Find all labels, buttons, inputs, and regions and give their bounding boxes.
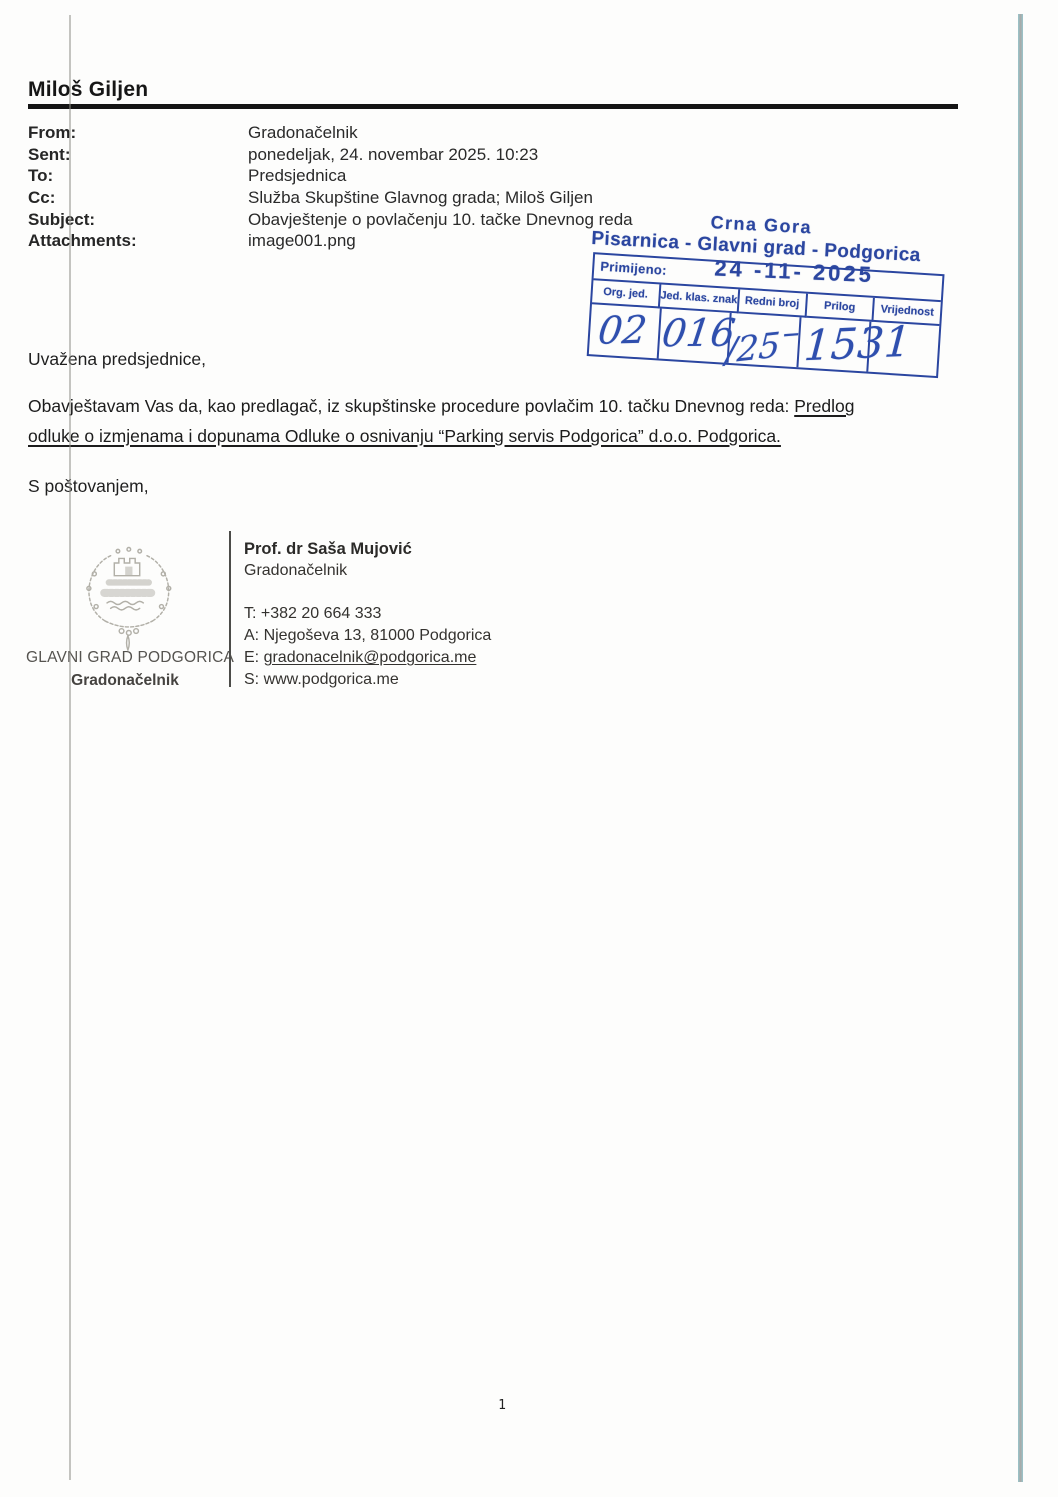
closing: S poštovanjem, (28, 476, 149, 497)
org-title: Gradonačelnik (26, 672, 224, 690)
page-title: Miloš Giljen (28, 78, 148, 102)
salutation: Uvažena predsjednice, (28, 349, 206, 370)
handwritten-number: 1531 (803, 317, 913, 371)
handwritten-redni-broj: /25 (724, 325, 781, 372)
header-field-to: To: Predsjednica (28, 165, 788, 187)
paragraph-line-1: Obavještavam Vas da, kao predlagač, iz s… (28, 391, 944, 421)
field-label: To: (28, 165, 248, 187)
stamp-cell: 02 (589, 304, 662, 358)
field-value: Gradonačelnik (248, 122, 358, 144)
podgorica-coat-of-arms (72, 543, 182, 661)
stamp-cell: /25 – (729, 313, 802, 367)
field-label: Cc: (28, 187, 248, 209)
heading-rule (28, 104, 958, 109)
field-value: Predsjednica (248, 165, 346, 187)
field-label: Attachments: (28, 230, 248, 252)
org-block: GLAVNI GRAD PODGORICA Gradonačelnik (26, 649, 224, 690)
sender-title: Gradonačelnik (244, 560, 491, 582)
header-field-cc: Cc: Služba Skupštine Glavnog grada; Milo… (28, 187, 788, 209)
contact-website: S: www.podgorica.me (244, 669, 491, 691)
signature-contact-block: Prof. dr Saša Mujović Gradonačelnik T: +… (244, 538, 491, 691)
sender-name: Prof. dr Saša Mujović (244, 538, 491, 560)
scan-artifact-line-left (69, 15, 71, 1480)
contact-address: A: Njegoševa 13, 81000 Podgorica (244, 625, 491, 647)
field-value: Služba Skupštine Glavnog grada; Miloš Gi… (248, 187, 593, 209)
page-number: 1 (492, 1398, 512, 1413)
contact-email-link: gradonacelnik@podgorica.me (264, 649, 477, 666)
org-name: GLAVNI GRAD PODGORICA (26, 649, 224, 667)
paragraph-line-2: odluke o izmjenama i dopunama Odluke o o… (28, 421, 944, 451)
paragraph-underlined-text: Predlog (794, 396, 854, 416)
stamp-table: Primijeno: 24 -11- 2025 Org. jed. Jed. k… (587, 252, 945, 378)
field-label: Sent: (28, 144, 248, 166)
field-label: From: (28, 122, 248, 144)
header-field-from: From: Gradonačelnik (28, 122, 788, 144)
handwritten-dash: – (781, 312, 801, 353)
field-value: image001.png (248, 230, 356, 252)
paragraph-underlined-text: odluke o izmjenama i dopunama Odluke o o… (28, 426, 781, 446)
contact-phone: T: +382 20 664 333 (244, 603, 491, 625)
field-label: Subject: (28, 209, 248, 231)
header-field-sent: Sent: ponedeljak, 24. novembar 2025. 10:… (28, 144, 788, 166)
email-prefix: E: (244, 649, 264, 666)
body-paragraph: Obavještavam Vas da, kao predlagač, iz s… (28, 391, 944, 451)
paragraph-text: Obavještavam Vas da, kao predlagač, iz s… (28, 396, 794, 416)
scan-artifact-line-right (1018, 14, 1023, 1482)
contact-email-row: E: gradonacelnik@podgorica.me (244, 647, 491, 669)
field-value: ponedeljak, 24. novembar 2025. 10:23 (248, 144, 538, 166)
stamp-cell: 1531 (798, 317, 871, 371)
spacer (244, 582, 491, 603)
registry-ink-stamp: Crna Gora Pisarnica - Glavni grad - Podg… (569, 205, 976, 378)
scanned-email-document: Miloš Giljen From: Gradonačelnik Sent: p… (0, 0, 1058, 1497)
signature-divider (229, 531, 231, 687)
stamp-cell: 016 (659, 309, 732, 363)
handwritten-org-jed: 02 (596, 308, 649, 353)
